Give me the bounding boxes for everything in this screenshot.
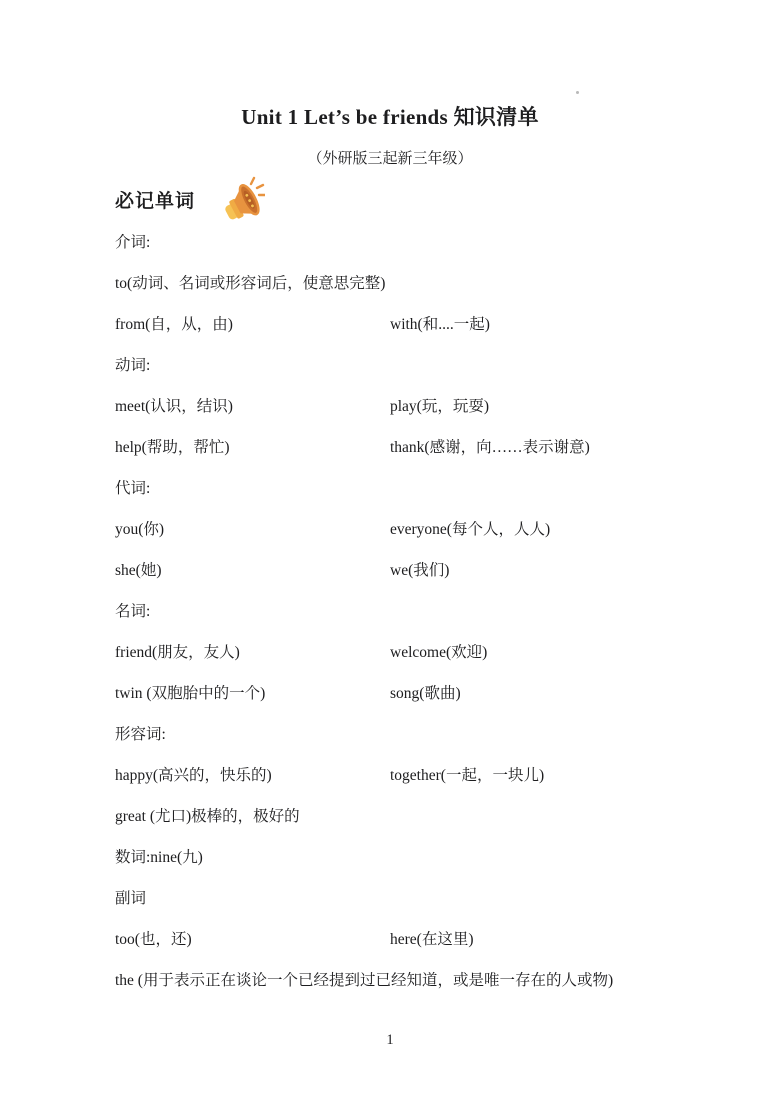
word-entry-left: 动词: [115, 353, 390, 375]
word-entry-left: great (尤口)极棒的，极好的 [115, 804, 390, 826]
word-entry-right: everyone(每个人，人人) [390, 517, 675, 539]
word-list: 介词:to(动词、名词或形容词后，使意思完整)from(自，从，由)with(和… [115, 220, 675, 999]
page-subtitle: （外研版三起新三年级） [0, 147, 780, 168]
word-entry-left: 介词: [115, 230, 390, 252]
megaphone-icon [221, 176, 265, 222]
word-entry-left: 副词 [115, 886, 390, 908]
word-entry-right: welcome(欢迎) [390, 640, 675, 662]
word-entry-right: here(在这里) [390, 927, 675, 949]
word-entry-left: to(动词、名词或形容词后，使意思完整) [115, 271, 390, 293]
section-heading: 必记单词 [115, 176, 195, 213]
word-entry-left: 代词: [115, 476, 390, 498]
section-heading-row: 必记单词 [115, 176, 265, 222]
word-entry-left: 数词:nine(九) [115, 845, 390, 867]
word-entry-left: twin (双胞胎中的一个) [115, 681, 390, 703]
word-row: great (尤口)极棒的，极好的 [115, 794, 675, 835]
word-row: 介词: [115, 220, 675, 261]
word-row: happy(高兴的，快乐的)together(一起，一块儿) [115, 753, 675, 794]
page-number: 1 [0, 1032, 780, 1049]
word-entry-left: 形容词: [115, 722, 390, 744]
word-entry-left: she(她) [115, 558, 390, 580]
word-row: friend(朋友，友人)welcome(欢迎) [115, 630, 675, 671]
word-row: 代词: [115, 466, 675, 507]
word-entry-left: friend(朋友，友人) [115, 640, 390, 662]
word-row: from(自，从，由)with(和....一起) [115, 302, 675, 343]
scan-speck [576, 91, 579, 94]
word-entry-left: happy(高兴的，快乐的) [115, 763, 390, 785]
word-entry-left: from(自，从，由) [115, 312, 390, 334]
word-row: 动词: [115, 343, 675, 384]
word-row: 形容词: [115, 712, 675, 753]
word-row: help(帮助，帮忙)thank(感谢，向……表示谢意) [115, 425, 675, 466]
word-row: the (用于表示正在谈论一个已经提到过已经知道，或是唯一存在的人或物) [115, 958, 675, 999]
word-row: 名词: [115, 589, 675, 630]
page-title: Unit 1 Let’s be friends 知识清单 [0, 101, 780, 131]
word-entry-right: song(歌曲) [390, 681, 675, 703]
word-row: you(你)everyone(每个人，人人) [115, 507, 675, 548]
word-row: to(动词、名词或形容词后，使意思完整) [115, 261, 675, 302]
word-entry-right: we(我们) [390, 558, 675, 580]
word-entry-left: meet(认识，结识) [115, 394, 390, 416]
word-row: 数词:nine(九) [115, 835, 675, 876]
word-entry-left: help(帮助，帮忙) [115, 435, 390, 457]
word-entry-right: play(玩，玩耍) [390, 394, 675, 416]
word-entry-left: the (用于表示正在谈论一个已经提到过已经知道，或是唯一存在的人或物) [115, 968, 613, 990]
document-page: Unit 1 Let’s be friends 知识清单 （外研版三起新三年级）… [0, 0, 780, 1103]
word-entry-left: 名词: [115, 599, 390, 621]
word-row: meet(认识，结识)play(玩，玩耍) [115, 384, 675, 425]
word-entry-right: with(和....一起) [390, 312, 675, 334]
word-entry-left: you(你) [115, 517, 390, 539]
word-row: she(她)we(我们) [115, 548, 675, 589]
word-row: twin (双胞胎中的一个)song(歌曲) [115, 671, 675, 712]
word-row: 副词 [115, 876, 675, 917]
word-row: too(也，还)here(在这里) [115, 917, 675, 958]
word-entry-right: thank(感谢，向……表示谢意) [390, 435, 675, 457]
word-entry-left: too(也，还) [115, 927, 390, 949]
word-entry-right: together(一起，一块儿) [390, 763, 675, 785]
